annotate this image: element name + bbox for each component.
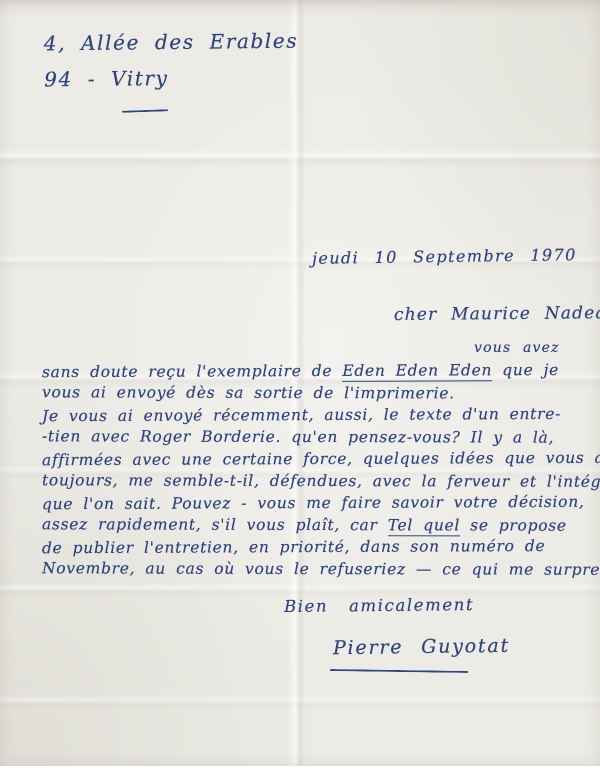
signature-underline (330, 669, 468, 673)
body-line: de publier l'entretien, en priorité, dan… (42, 535, 587, 559)
text-segment: Novembre, au cas où vous le refuseriez —… (42, 559, 600, 579)
letter-body: sans doute reçu l'exemplaire de Eden Ede… (42, 360, 587, 580)
body-line: que l'on sait. Pouvez - vous me faire sa… (42, 491, 587, 515)
text-segment: assez rapidement, s'il vous plaît, car (42, 515, 388, 534)
text-segment: de publier l'entretien, en priorité, dan… (42, 537, 545, 557)
body-line: Je vous ai envoyé récemment, aussi, le t… (42, 403, 587, 427)
text-segment: toujours, me semble-t-il, défendues, ave… (42, 471, 600, 491)
address-line-street: 4, Allée des Erables (44, 23, 299, 62)
text-segment: Je vous ai envoyé récemment, aussi, le t… (42, 405, 561, 425)
address-line-city: 94 - Vitry (44, 59, 299, 98)
text-segment: que l'on sait. Pouvez - vous me faire sa… (42, 493, 585, 513)
address-dash (122, 109, 168, 113)
body-line: sans doute reçu l'exemplaire de Eden Ede… (42, 359, 587, 383)
scan-edge-strip (0, 766, 600, 782)
body-line: -tien avec Roger Borderie. qu'en pensez-… (42, 425, 587, 448)
body-line: toujours, me semble-t-il, défendues, ave… (42, 469, 587, 492)
sender-address: 4, Allée des Erables 94 - Vitry (44, 23, 299, 98)
text-segment: se propose (460, 516, 567, 534)
date-line: jeudi 10 Septembre 1970 (312, 245, 577, 268)
body-line: Novembre, au cas où vous le refuseriez —… (42, 557, 587, 580)
body-line: affirmées avec une certaine force, quelq… (42, 447, 587, 471)
text-segment: affirmées avec une certaine force, quelq… (42, 449, 600, 470)
signature: Pierre Guyotat (333, 635, 510, 659)
body-line: assez rapidement, s'il vous plaît, car T… (42, 513, 587, 536)
text-segment: sans doute reçu l'exemplaire de (42, 362, 342, 381)
body-line: vous ai envoyé dès sa sortie de l'imprim… (42, 381, 587, 404)
salutation: cher Maurice Nadeau, (394, 303, 600, 325)
text-segment: que je (492, 361, 559, 379)
lead-in-phrase: vous avez (474, 340, 560, 356)
scanned-letter: 4, Allée des Erables 94 - Vitry jeudi 10… (0, 0, 600, 782)
underlined-work-title: Tel quel (388, 516, 460, 536)
closing-formula: Bien amicalement (284, 595, 474, 616)
text-segment: -tien avec Roger Borderie. qu'en pensez-… (42, 427, 554, 446)
letter-paper: 4, Allée des Erables 94 - Vitry jeudi 10… (0, 0, 600, 766)
text-segment: vous ai envoyé dès sa sortie de l'imprim… (42, 383, 455, 402)
underlined-work-title: Eden Eden Eden (342, 361, 492, 382)
